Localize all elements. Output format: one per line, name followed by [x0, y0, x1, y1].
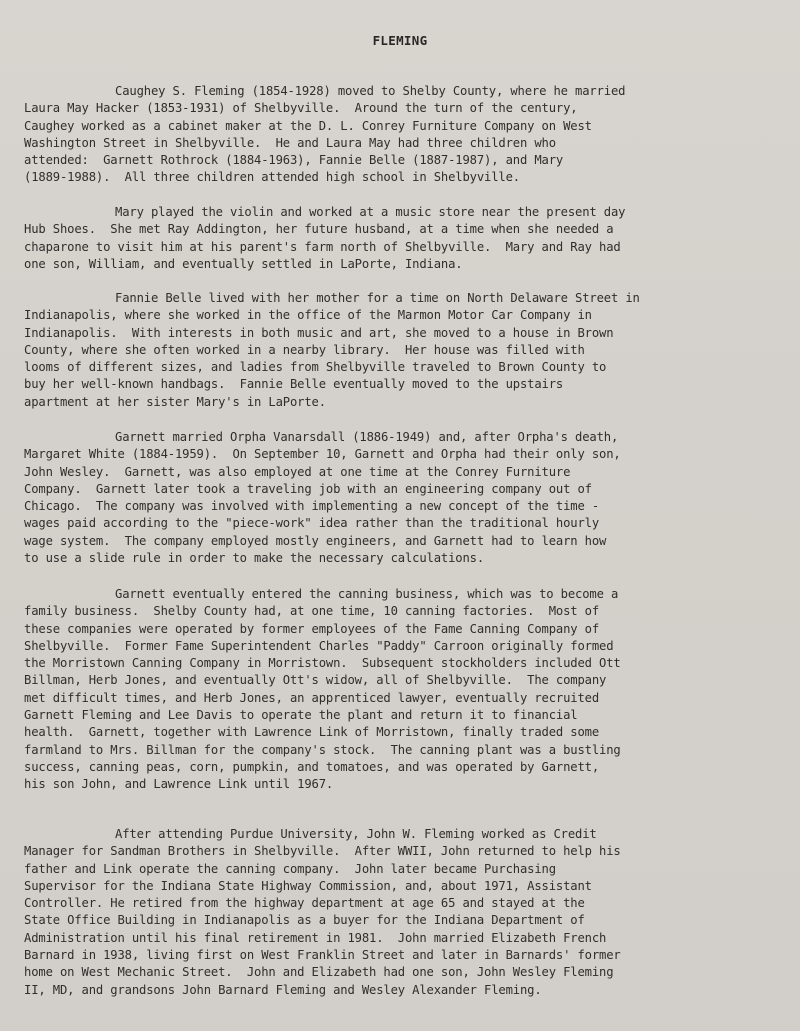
text-line: attended: Garnett Rothrock (1884-1963), … [24, 152, 784, 169]
text-line: After attending Purdue University, John … [24, 826, 784, 843]
text-line: Shelbyville. Former Fame Superintendent … [24, 638, 784, 655]
text-line: met difficult times, and Herb Jones, an … [24, 690, 784, 707]
text-line: Indianapolis, where she worked in the of… [24, 307, 784, 324]
text-line: Manager for Sandman Brothers in Shelbyvi… [24, 843, 784, 860]
document-page: FLEMING Caughey S. Fleming (1854-1928) m… [0, 0, 800, 1031]
text-line: to use a slide rule in order to make the… [24, 550, 784, 567]
text-line: Garnett eventually entered the canning b… [24, 586, 784, 603]
text-line: Company. Garnett later took a traveling … [24, 481, 784, 498]
text-line: Barnard in 1938, living first on West Fr… [24, 947, 784, 964]
text-line: Washington Street in Shelbyville. He and… [24, 135, 784, 152]
text-line: Billman, Herb Jones, and eventually Ott'… [24, 672, 784, 689]
text-line: Caughey S. Fleming (1854-1928) moved to … [24, 83, 784, 100]
paragraph-john-w-fleming: After attending Purdue University, John … [24, 826, 784, 999]
text-line: Supervisor for the Indiana State Highway… [24, 878, 784, 895]
text-line: Controller. He retired from the highway … [24, 895, 784, 912]
text-line: home on West Mechanic Street. John and E… [24, 964, 784, 981]
text-line: father and Link operate the canning comp… [24, 861, 784, 878]
text-line: Administration until his final retiremen… [24, 930, 784, 947]
text-line: State Office Building in Indianapolis as… [24, 912, 784, 929]
text-line: Caughey worked as a cabinet maker at the… [24, 118, 784, 135]
text-line: success, canning peas, corn, pumpkin, an… [24, 759, 784, 776]
paragraph-mary: Mary played the violin and worked at a m… [24, 204, 784, 273]
text-line: John Wesley. Garnett, was also employed … [24, 464, 784, 481]
text-line: County, where she often worked in a near… [24, 342, 784, 359]
text-line: Fannie Belle lived with her mother for a… [24, 290, 784, 307]
text-line: wage system. The company employed mostly… [24, 533, 784, 550]
text-line: II, MD, and grandsons John Barnard Flemi… [24, 982, 784, 999]
text-line: Garnett married Orpha Vanarsdall (1886-1… [24, 429, 784, 446]
page-title: FLEMING [0, 33, 800, 48]
text-line: buy her well-known handbags. Fannie Bell… [24, 376, 784, 393]
text-line: (1889-1988). All three children attended… [24, 169, 784, 186]
text-line: health. Garnett, together with Lawrence … [24, 724, 784, 741]
text-line: his son John, and Lawrence Link until 19… [24, 776, 784, 793]
text-line: Laura May Hacker (1853-1931) of Shelbyvi… [24, 100, 784, 117]
text-line: the Morristown Canning Company in Morris… [24, 655, 784, 672]
text-line: looms of different sizes, and ladies fro… [24, 359, 784, 376]
paragraph-fannie-belle: Fannie Belle lived with her mother for a… [24, 290, 784, 411]
text-line: Chicago. The company was involved with i… [24, 498, 784, 515]
text-line: wages paid according to the "piece-work"… [24, 515, 784, 532]
text-line: these companies were operated by former … [24, 621, 784, 638]
text-line: Garnett Fleming and Lee Davis to operate… [24, 707, 784, 724]
text-line: Indianapolis. With interests in both mus… [24, 325, 784, 342]
text-line: chaparone to visit him at his parent's f… [24, 239, 784, 256]
text-line: Margaret White (1884-1959). On September… [24, 446, 784, 463]
paragraph-caughey: Caughey S. Fleming (1854-1928) moved to … [24, 83, 784, 187]
text-line: Mary played the violin and worked at a m… [24, 204, 784, 221]
text-line: family business. Shelby County had, at o… [24, 603, 784, 620]
text-line: farmland to Mrs. Billman for the company… [24, 742, 784, 759]
text-line: apartment at her sister Mary's in LaPort… [24, 394, 784, 411]
paragraph-garnett-marriage: Garnett married Orpha Vanarsdall (1886-1… [24, 429, 784, 567]
paragraph-canning-business: Garnett eventually entered the canning b… [24, 586, 784, 794]
text-line: Hub Shoes. She met Ray Addington, her fu… [24, 221, 784, 238]
text-line: one son, William, and eventually settled… [24, 256, 784, 273]
